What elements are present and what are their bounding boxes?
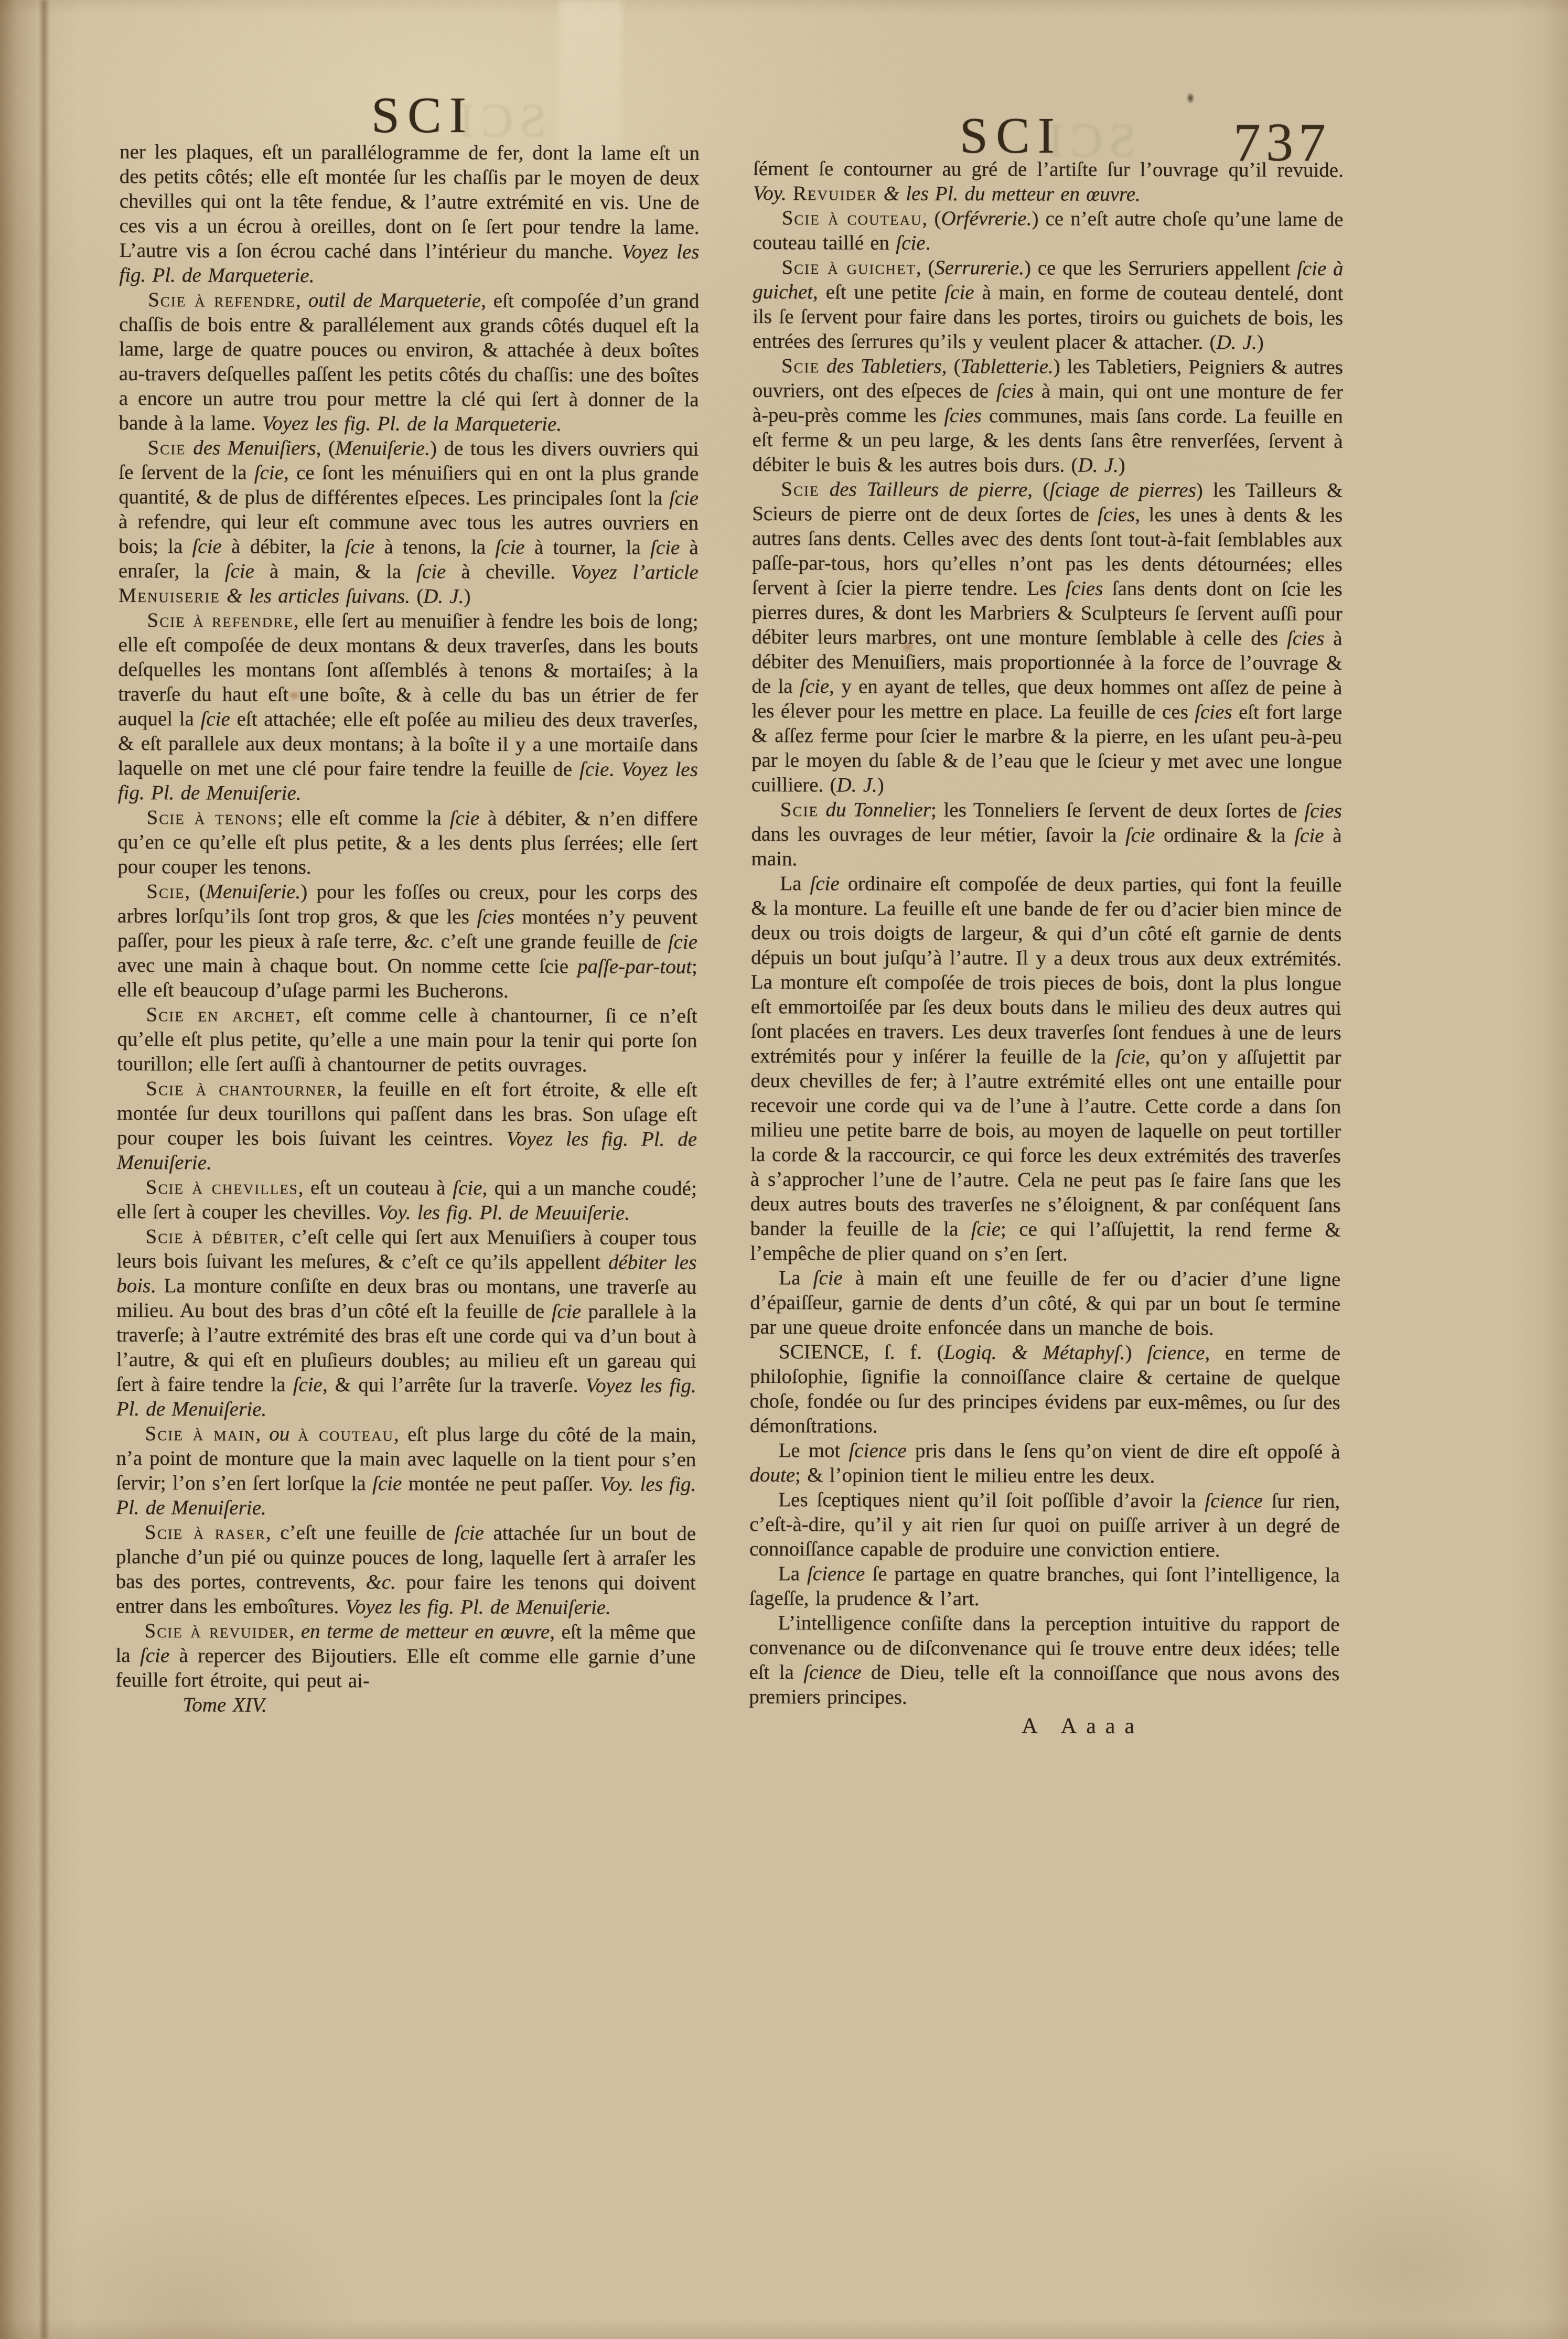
text-run: , & qui l’arrête ſur la traverſe.: [323, 1374, 586, 1397]
text-run: des Tabletiers: [820, 355, 942, 378]
text-run: ſcies: [1287, 627, 1325, 650]
text-run: Logiq. & Métaphyſ.: [944, 1341, 1125, 1364]
text-run: ſcie: [416, 560, 446, 583]
text-run: & les Pl. du metteur en œuvre.: [877, 183, 1140, 206]
text-run: ſément ſe contourner au gré de l’artiſte…: [753, 157, 1344, 181]
paragraph: La ſcie ordinaire eſt compoſée de deux p…: [750, 871, 1341, 1267]
paragraph: Les ſceptiques nient qu’il ſoit poſſible…: [749, 1487, 1340, 1563]
text-run: , (: [316, 437, 335, 459]
text-run: ſcie: [971, 1218, 1001, 1240]
text-run: ): [1119, 454, 1125, 477]
text-run: Scie à débiter: [145, 1225, 279, 1248]
text-run: D. J.: [837, 774, 877, 796]
text-run: ſcie: [813, 1267, 843, 1289]
text-run: Scie: [147, 436, 186, 459]
paragraph: Scie en archet, eſt comme celle à chanto…: [117, 1002, 697, 1078]
text-run: ſcie: [201, 707, 230, 730]
text-run: Scie à revuider: [144, 1619, 289, 1643]
text-run: ): [464, 585, 470, 608]
paragraph: Scie à revuider, en terme de metteur en …: [115, 1618, 695, 1694]
text-run: ou: [269, 1423, 289, 1445]
paragraph: La ſcience ſe partage en quatre branches…: [749, 1561, 1340, 1612]
text-run: Le mot: [778, 1439, 849, 1462]
text-run: ſcie: [192, 535, 221, 557]
text-run: ,: [296, 289, 308, 312]
text-run: ſcie: [453, 1177, 482, 1199]
text-run: ſcie: [225, 560, 254, 583]
text-run: Voy. les fig. Pl. de Meuuiſerie.: [377, 1201, 630, 1224]
text-run: Tome XIV.: [182, 1693, 267, 1716]
text-run: ordinaire eſt compoſée de deux parties, …: [750, 872, 1341, 1068]
text-run: à main, & la: [254, 560, 416, 583]
running-head-left: SCI: [371, 86, 474, 144]
paragraph: Le mot ſcience pris dans le ſens qu’on v…: [749, 1438, 1340, 1489]
text-run: Menuiſerie.: [335, 437, 430, 459]
text-run: D. J.: [1216, 331, 1256, 353]
paragraph: ſément ſe contourner au gré de l’artiſte…: [753, 156, 1344, 207]
text-run: ſcie: [495, 536, 524, 559]
paragraph: Scie à tenons; elle eſt comme la ſcie à …: [117, 805, 697, 881]
paragraph: ner les plaques, eſt un parallélogramme …: [119, 140, 700, 289]
text-run: , qu’on y aſſujettit par deux chevilles …: [750, 1046, 1341, 1240]
paragraph: Scie à guichet, (Serrurerie.) ce que les…: [753, 255, 1343, 355]
text-run: dans les ouvrages de leur métier, ſavoir…: [751, 823, 1126, 846]
text-run: ſcies: [1304, 800, 1342, 822]
text-run: , (: [185, 880, 206, 903]
text-run: pris dans le ſens qu’on vient de dire eſ…: [907, 1440, 1340, 1463]
text-run: ſcies: [996, 380, 1034, 402]
text-run: La: [779, 1267, 813, 1289]
text-run: [289, 1423, 298, 1445]
text-run: ſcie: [579, 758, 609, 780]
text-run: doute: [749, 1464, 795, 1486]
text-run: ſciage de pierres: [1049, 478, 1196, 501]
text-run: ſcies: [1195, 701, 1232, 723]
text-run: Tabletterie.: [960, 355, 1053, 378]
text-run: ſcie: [293, 1374, 323, 1396]
text-run: D. J.: [1078, 454, 1119, 477]
text-run: Scie à chevilles: [146, 1176, 298, 1199]
text-column-left: ner les plaques, eſt un parallélogramme …: [115, 140, 700, 1719]
text-run: ſcie: [800, 675, 829, 698]
text-run: paſſe-par-tout: [577, 955, 692, 978]
text-run: c’eſt une grande feuille de: [434, 930, 668, 953]
text-run: , (: [1027, 478, 1049, 501]
text-run: Scie à raser: [145, 1521, 266, 1544]
text-run: ſcie: [669, 487, 699, 510]
text-run: ſcie: [944, 281, 974, 304]
text-run: Scie en archet: [146, 1003, 296, 1026]
tome-line: Tome XIV.: [115, 1692, 695, 1719]
text-run: , (: [922, 207, 941, 230]
text-run: Voyez les fig. Pl. de la Marqueterie.: [262, 412, 562, 435]
text-run: ſcie: [810, 872, 839, 895]
quire-signature: A Aaaa: [749, 1713, 1339, 1740]
paragraph: Scie, (Menuiſerie.) pour les foſſes ou c…: [117, 879, 698, 1004]
text-run: Scie à couteau: [782, 207, 922, 230]
text-run: .: [609, 758, 621, 780]
text-run: ; les Tonneliers ſe ſervent de deux ſort…: [931, 799, 1304, 822]
text-run: ſcie: [650, 537, 680, 559]
text-run: ,: [255, 1423, 269, 1445]
text-run: La: [780, 872, 810, 895]
paragraph: Scie à main, ou à couteau, eſt plus larg…: [116, 1421, 696, 1521]
paragraph: SCIENCE, ſ. f. (Logiq. & Métaphyſ.) ſcie…: [750, 1339, 1340, 1440]
text-run: D. J.: [423, 585, 464, 608]
scanned-book-page: SCI SCI SCI SCI 737 ner les plaques, eſt…: [0, 0, 1568, 2339]
text-run: Scie: [780, 798, 819, 821]
text-run: à couteau: [298, 1423, 394, 1445]
text-run: Menuiserie: [119, 584, 220, 607]
text-run: , eſt une petite: [813, 281, 944, 304]
paragraph: Scie à débiter, c’eſt celle qui ſert aux…: [116, 1224, 697, 1423]
text-run: outil de Marqueterie: [308, 289, 481, 312]
text-run: ſcies: [1066, 577, 1103, 600]
text-run: Scie à tenons: [147, 806, 277, 829]
text-run: Scie: [146, 880, 185, 903]
text-run: ſcie: [668, 931, 697, 953]
text-run: Scie à refendre: [148, 288, 296, 312]
text-run: avec une main à chaque bout. On nomme ce…: [117, 954, 577, 978]
text-run: , (: [916, 256, 935, 279]
text-run: Scie: [781, 478, 819, 500]
text-run: Menuiſerie.: [206, 880, 300, 903]
text-run: ) ce que les Serruriers appellent: [1024, 256, 1297, 280]
paragraph: Scie à refendre, elle ſert au menuiſier …: [118, 608, 699, 807]
paragraph: Scie à chevilles, eſt un couteau à ſcie,…: [117, 1175, 697, 1226]
paragraph: Scie des Tailleurs de pierre, (ſciage de…: [751, 477, 1343, 799]
text-run: , eſt un couteau à: [298, 1176, 453, 1199]
paragraph: Scie à raser, c’eſt une feuille de ſcie …: [116, 1520, 696, 1620]
paragraph: Scie à refendre, outil de Marqueterie, e…: [119, 287, 700, 437]
text-run: Les ſceptiques nient qu’il ſoit poſſible…: [778, 1488, 1205, 1512]
text-run: Scie à main: [145, 1422, 255, 1445]
text-run: ſcies: [944, 404, 982, 427]
text-run: (: [410, 585, 423, 607]
text-run: ſcience: [849, 1439, 907, 1462]
text-run: des Tailleurs de pierre: [819, 478, 1027, 501]
text-run: ſcie: [345, 535, 374, 558]
text-run: ner les plaques, eſt un parallélogramme …: [119, 141, 700, 263]
text-run: ): [1125, 1342, 1147, 1364]
text-run: ſcie: [552, 1300, 581, 1323]
paragraph: Scie des Menuiſiers, (Menuiſerie.) de to…: [119, 435, 699, 609]
text-run: ; elle eſt comme la: [277, 807, 450, 830]
text-run: &c.: [404, 930, 434, 952]
text-run: ſcie: [450, 807, 479, 830]
text-run: à débiter, la: [222, 535, 345, 559]
text-run: montée ne peut paſſer.: [402, 1472, 600, 1495]
text-run: ſcies: [1098, 503, 1135, 526]
text-column-right: ſément ſe contourner au gré de l’artiſte…: [749, 156, 1344, 1740]
paragraph: Scie à couteau, (Orfévrerie.) ce n’eſt a…: [753, 206, 1344, 256]
text-run: à cheville.: [446, 561, 571, 584]
text-run: Scie: [781, 355, 820, 377]
text-run: A Aaaa: [1022, 1714, 1144, 1739]
text-run: des Menuiſiers: [186, 436, 316, 459]
text-run: ,: [289, 1620, 301, 1643]
text-run: Voyez l’article: [571, 561, 699, 584]
ink-fleck: [1186, 92, 1195, 104]
text-run: ſcie: [254, 462, 284, 484]
text-run: ſcie: [1115, 1046, 1145, 1068]
text-run: Scie à guichet: [781, 256, 916, 279]
text-run: Orfévrerie.: [941, 207, 1032, 230]
text-run: ſcies: [477, 906, 514, 928]
paragraph: Scie des Tabletiers, (Tabletterie.) les …: [752, 353, 1343, 478]
text-run: , (: [942, 355, 961, 378]
text-run: Scie à chantourner: [146, 1077, 337, 1100]
text-run: à tenons, la: [374, 535, 495, 559]
text-run: ſcie: [372, 1472, 402, 1495]
text-run: du Tonnelier: [819, 798, 931, 821]
text-run: Revuider: [793, 182, 877, 205]
text-run: à repercer des Bijoutiers. Elle eſt comm…: [115, 1644, 695, 1692]
gutter-crease: [39, 0, 49, 2339]
text-run: à tourner, la: [525, 536, 651, 559]
text-run: Voyez les fig. Pl. de Menuiſerie.: [345, 1595, 610, 1618]
text-run: Scie à refendre: [147, 609, 294, 632]
text-run: ſcie: [455, 1522, 484, 1544]
text-run: ſcie: [1294, 824, 1324, 847]
running-head-right: SCI: [960, 106, 1062, 165]
text-run: , c’eſt une feuille de: [266, 1521, 455, 1544]
text-run: ): [1257, 331, 1264, 354]
text-run: ): [877, 774, 884, 797]
text-run: ſcience: [1147, 1342, 1205, 1364]
paragraph: Scie à chantourner, la feuille en eſt fo…: [117, 1076, 697, 1176]
text-run: ſcience: [1205, 1489, 1263, 1512]
text-run: ordinaire & la: [1155, 824, 1294, 847]
text-run: &c.: [366, 1571, 396, 1593]
text-run: Voy.: [753, 182, 793, 205]
text-run: La: [778, 1562, 807, 1585]
text-run: en terme de metteur en œuvre: [301, 1620, 550, 1643]
text-run: ſcie: [896, 232, 925, 254]
paragraph: La ſcie à main eſt une feuille de fer ou…: [750, 1265, 1340, 1341]
text-run: .: [926, 232, 931, 254]
text-run: ſcie: [1125, 824, 1155, 846]
text-run: ſcience: [803, 1661, 862, 1683]
text-run: ſcie: [140, 1644, 169, 1667]
text-run: ſcience: [807, 1562, 865, 1585]
paragraph: Scie du Tonnelier; les Tonneliers ſe ſer…: [751, 797, 1341, 873]
text-run: & les articles ſuivans.: [220, 585, 410, 608]
text-run: Serrurerie.: [935, 256, 1024, 279]
text-run: SCIENCE, ſ. f. (: [779, 1340, 944, 1364]
text-run: ; & l’opinion tient le milieu entre les …: [795, 1464, 1155, 1487]
paragraph: L’intelligence conſiſte dans la percepti…: [749, 1611, 1339, 1711]
